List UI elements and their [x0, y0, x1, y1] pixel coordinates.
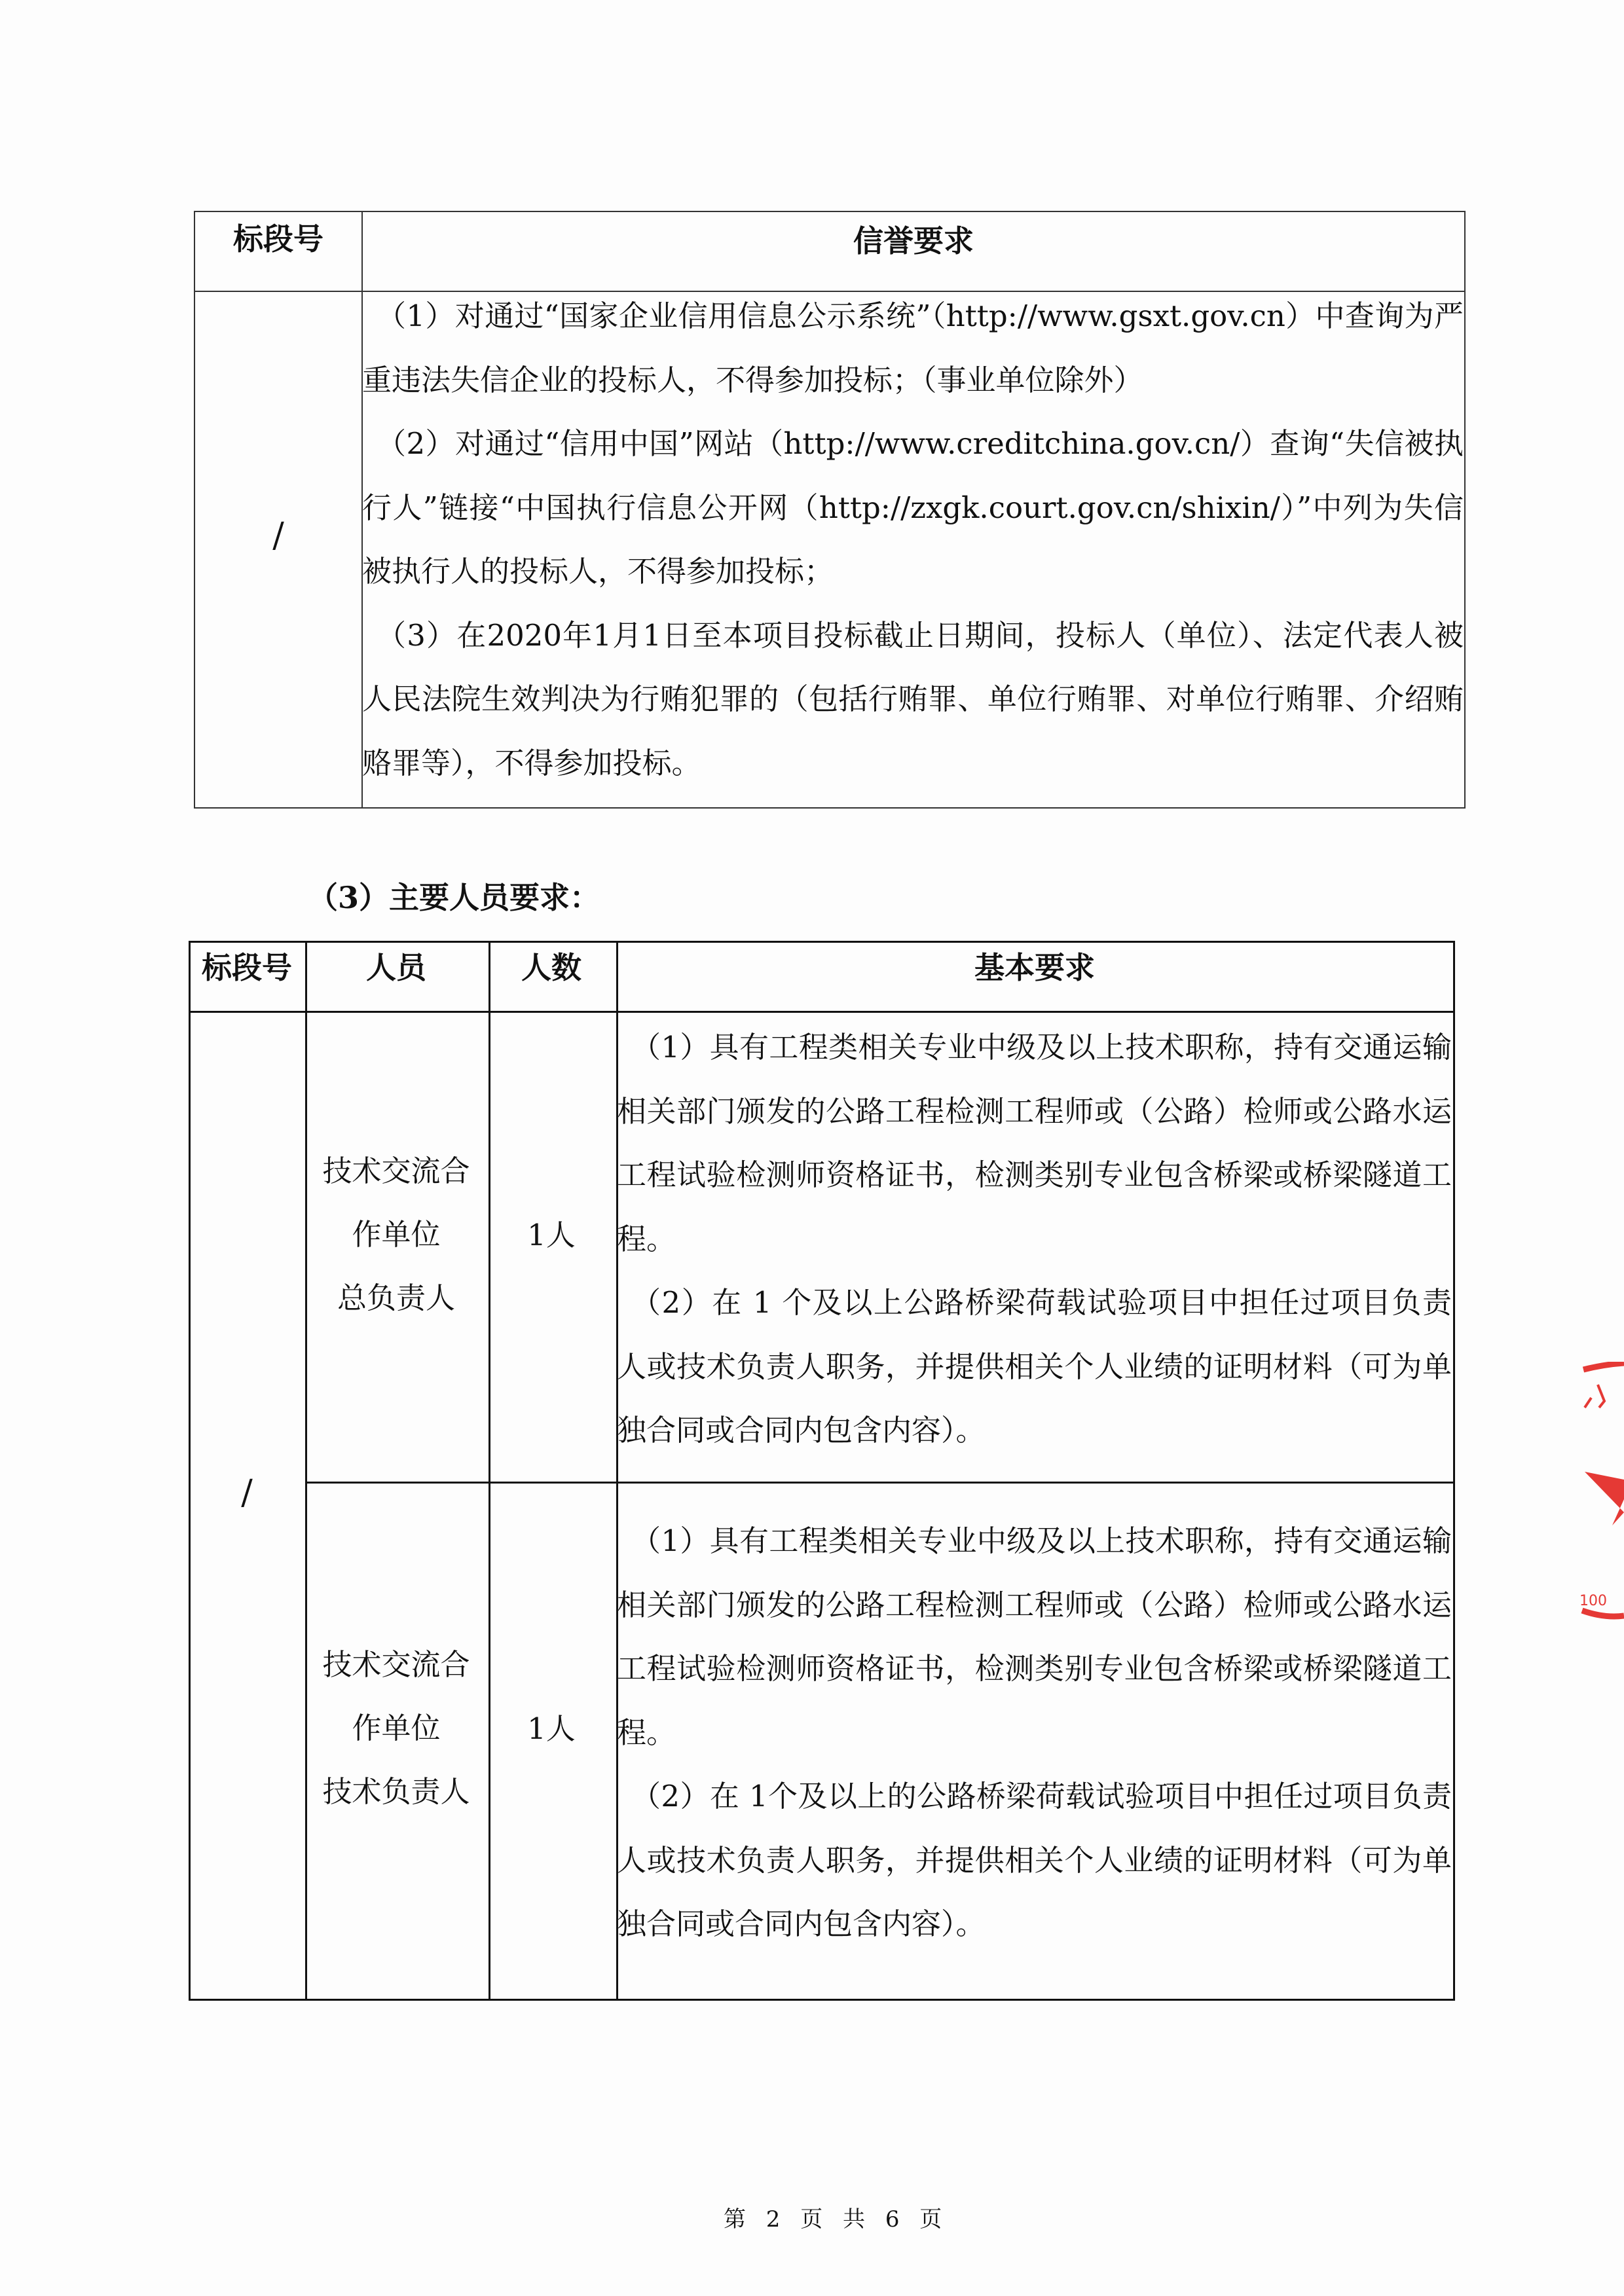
- credit-section-no: /: [195, 504, 361, 568]
- requirement-1: （1）具有工程类相关专业中级及以上技术职称，持有交通运输相关部门颁发的公路工程检…: [617, 1015, 1452, 1271]
- personnel-section-heading: （3）主要人员要求：: [308, 874, 600, 917]
- official-seal-icon: 100: [1578, 1362, 1624, 1624]
- credit-header-requirements: 信誉要求: [361, 221, 1466, 261]
- role-line: 技术负责人: [305, 1760, 487, 1823]
- credit-header-section-no: 标段号: [195, 219, 361, 259]
- role-line: 总负责人: [305, 1266, 487, 1330]
- credit-requirement-3: （3）在2020年1月1日至本项目投标截止日期间，投标人（单位）、法定代表人被人…: [362, 604, 1464, 795]
- personnel-row-2-requirements: （1）具有工程类相关专业中级及以上技术职称，持有交通运输相关部门颁发的公路工程检…: [617, 1509, 1452, 1956]
- requirement-2: （2）在 1 个及以上公路桥梁荷载试验项目中担任过项目负责人或技术负责人职务，并…: [617, 1271, 1452, 1463]
- credit-requirements-cell: （1）对通过“国家企业信用信息公示系统”（http://www.gsxt.gov…: [362, 284, 1464, 795]
- personnel-header-section-no: 标段号: [191, 948, 303, 987]
- credit-requirement-2: （2）对通过“信用中国”网站（http://www.creditchina.go…: [362, 412, 1464, 604]
- requirement-2: （2）在 1个及以上的公路桥梁荷载试验项目中担任过项目负责人或技术负责人职务，并…: [617, 1764, 1452, 1956]
- personnel-row-1-role: 技术交流合 作单位 总负责人: [305, 1139, 487, 1330]
- credit-requirement-1: （1）对通过“国家企业信用信息公示系统”（http://www.gsxt.gov…: [362, 284, 1464, 412]
- personnel-section-no: /: [191, 1461, 303, 1525]
- personnel-row-2-role: 技术交流合 作单位 技术负责人: [305, 1633, 487, 1823]
- role-line: 技术交流合: [305, 1139, 487, 1203]
- personnel-header-role: 人员: [305, 948, 487, 987]
- page-number: 第 2 页 共 6 页: [724, 2201, 948, 2233]
- personnel-row-2-count: 1人: [489, 1697, 614, 1760]
- role-line: 作单位: [305, 1696, 487, 1760]
- personnel-header-count: 人数: [489, 948, 614, 987]
- role-line: 技术交流合: [305, 1633, 487, 1696]
- seal-digits: 100: [1579, 1593, 1607, 1609]
- requirement-1: （1）具有工程类相关专业中级及以上技术职称，持有交通运输相关部门颁发的公路工程检…: [617, 1509, 1452, 1764]
- personnel-row-1-requirements: （1）具有工程类相关专业中级及以上技术职称，持有交通运输相关部门颁发的公路工程检…: [617, 1015, 1452, 1463]
- personnel-header-requirements: 基本要求: [616, 948, 1453, 987]
- role-line: 作单位: [305, 1203, 487, 1266]
- personnel-row-1-count: 1人: [489, 1203, 614, 1267]
